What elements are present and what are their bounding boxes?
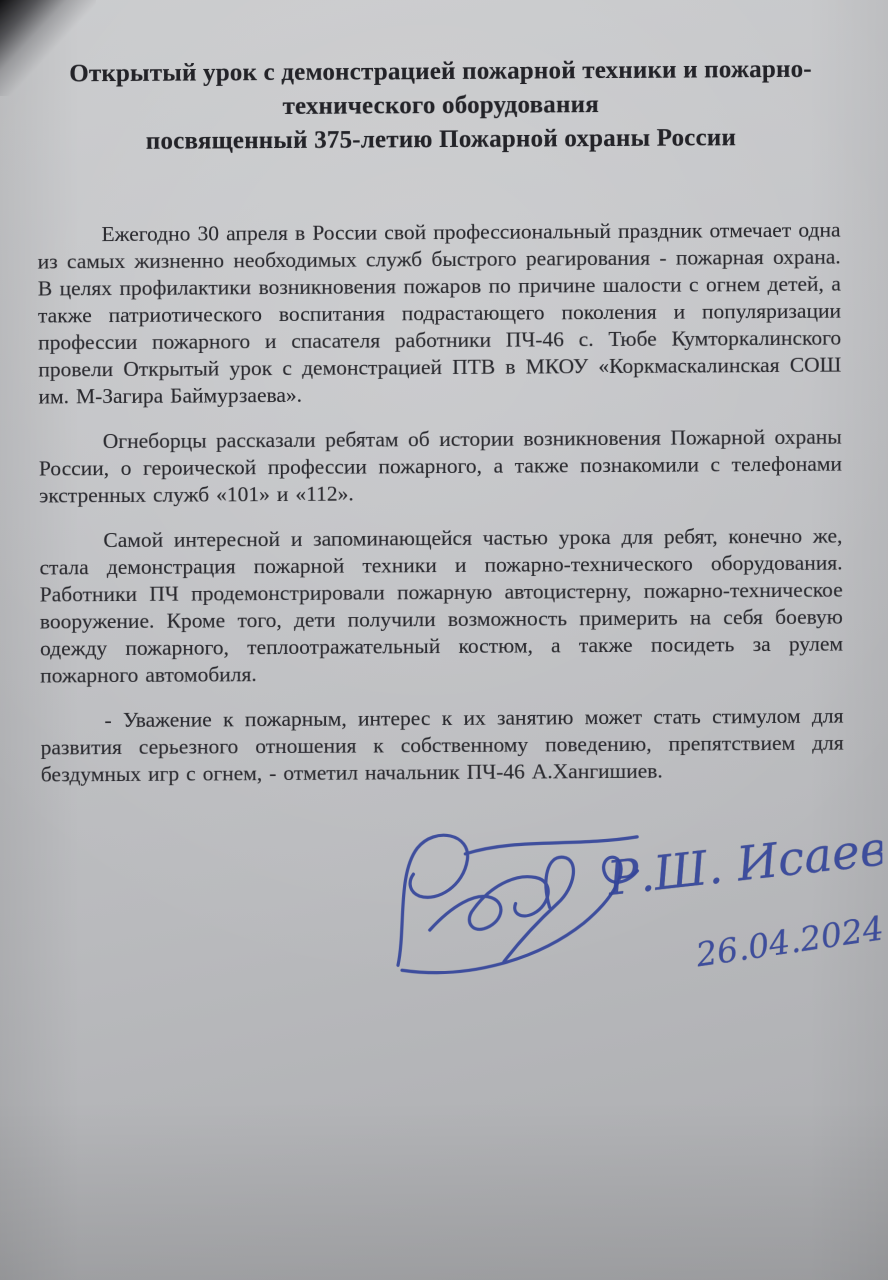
document-content: Открытый урок с демонстрацией пожарной т… bbox=[0, 0, 888, 1280]
signature-date: 26.04.2024. bbox=[693, 907, 884, 975]
paragraph-3: Самой интересной и запоминающейся частью… bbox=[39, 523, 843, 690]
signature-name: Р.Ш. Исаев bbox=[604, 821, 883, 907]
document-body: Ежегодно 30 апреля в России свой професс… bbox=[37, 217, 843, 789]
signature-block: Р.Ш. Исаев 26.04.2024. bbox=[377, 807, 883, 988]
title-line-2: посвященный 375-летию Пожарной охраны Ро… bbox=[55, 121, 827, 160]
document-page: Открытый урок с демонстрацией пожарной т… bbox=[0, 0, 888, 1280]
document-title: Открытый урок с демонстрацией пожарной т… bbox=[54, 53, 827, 160]
paragraph-1: Ежегодно 30 апреля в России свой професс… bbox=[37, 217, 841, 411]
signature-flourish bbox=[397, 835, 468, 965]
title-line-1: Открытый урок с демонстрацией пожарной т… bbox=[54, 53, 826, 126]
paragraph-2: Огнеборцы рассказали ребятам об истории … bbox=[39, 424, 842, 510]
signature-flourish bbox=[429, 877, 548, 930]
paragraph-4: - Уважение к пожарным, интерес к их заня… bbox=[40, 703, 843, 789]
